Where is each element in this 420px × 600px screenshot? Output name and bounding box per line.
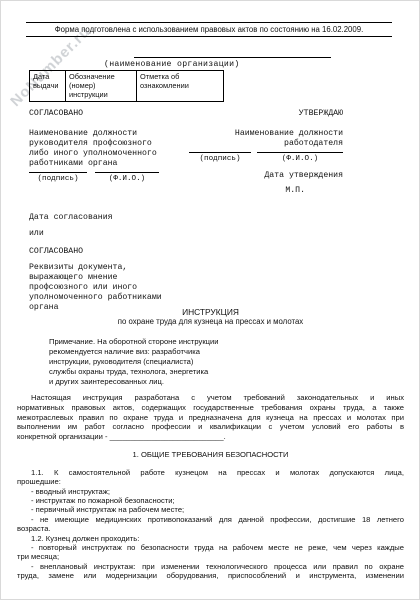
- approved-position-lines: Наименование должностиработодателя: [186, 129, 343, 149]
- body-line: - инструктаж по пожарной безопасности;: [17, 496, 404, 505]
- body-line: - внеплановый инструктаж: при изменении …: [17, 562, 404, 571]
- intro-line: Настоящая инструкция разработана с учето…: [17, 393, 404, 403]
- body-line: 1.1. К самостоятельной работе кузнецом н…: [17, 468, 404, 477]
- body-line: возраста.: [17, 524, 404, 533]
- intro-line: выполнении им работ согласно профессии и…: [17, 422, 404, 432]
- body-line: - вводный инструктаж;: [17, 487, 404, 496]
- approved-label: УТВЕРЖДАЮ: [186, 109, 343, 119]
- document-page: NoNumber.ru Форма подготовлена с использ…: [0, 0, 420, 600]
- approved-signature-row: (подпись) (Ф.И.О.): [186, 152, 343, 164]
- intro-paragraph: Настоящая инструкция разработана с учето…: [17, 393, 404, 442]
- or-label: или: [29, 229, 162, 239]
- approval-date-label: Дата утверждения: [186, 171, 343, 181]
- agreement-date-label: Дата согласования: [29, 213, 162, 223]
- agreed-position-lines: Наименование должностируководителя профс…: [29, 129, 181, 169]
- document-title: ИНСТРУКЦИЯ: [17, 307, 404, 317]
- name-line: (Ф.И.О.): [95, 172, 159, 184]
- name-line: (Ф.И.О.): [257, 152, 343, 164]
- intro-line: межотраслевых правил по охране труда и п…: [17, 413, 404, 423]
- body-line: - первичный инструктаж на рабочем месте;: [17, 505, 404, 514]
- stamp-place-label: М.П.: [186, 186, 343, 196]
- agreed-signature-row: (подпись) (Ф.И.О.): [29, 172, 181, 184]
- agreed-alt-block: Дата согласования или СОГЛАСОВАНО Реквиз…: [29, 213, 162, 313]
- intro-line: нормативных правовых актов, содержащих г…: [17, 403, 404, 413]
- agreed-label: СОГЛАСОВАНО: [29, 109, 181, 119]
- body-line: труда, замене или модернизации оборудова…: [17, 571, 404, 580]
- body-line: три месяца;: [17, 552, 404, 561]
- header-cell-acknowledgement: Отметка об ознакомлении: [137, 71, 224, 102]
- prepared-notice: Форма подготовлена с использованием прав…: [26, 22, 392, 37]
- requisites-lines: Реквизиты документа,выражающего мнениепр…: [29, 263, 162, 313]
- note-paragraph: Примечание. На оборотной стороне инструк…: [49, 337, 404, 387]
- body-line: 1.2. Кузнец должен проходить:: [17, 534, 404, 543]
- document-subtitle: по охране труда для кузнеца на прессах и…: [17, 317, 404, 327]
- organization-name-line: [134, 57, 331, 58]
- organization-name-caption: (наименование организации): [104, 60, 240, 70]
- table-row: Дата выдачи Обозначение (номер) инструкц…: [30, 71, 224, 102]
- registration-table: Дата выдачи Обозначение (номер) инструкц…: [29, 70, 224, 102]
- body-line: прошедшие:: [17, 477, 404, 486]
- header-cell-issue-date: Дата выдачи: [30, 71, 66, 102]
- body-line: - не имеющие медицинских противопоказани…: [17, 515, 404, 524]
- section-heading: 1. ОБЩИЕ ТРЕБОВАНИЯ БЕЗОПАСНОСТИ: [17, 450, 404, 460]
- agreed-label: СОГЛАСОВАНО: [29, 247, 162, 257]
- body-line: - повторный инструктаж по безопасности т…: [17, 543, 404, 552]
- document-body: ИНСТРУКЦИЯ по охране труда для кузнеца н…: [17, 307, 404, 581]
- section-text: 1.1. К самостоятельной работе кузнецом н…: [17, 468, 404, 581]
- signature-line: (подпись): [189, 152, 251, 164]
- approved-block: УТВЕРЖДАЮ Наименование должностиработода…: [186, 109, 343, 196]
- signature-line: (подпись): [29, 172, 87, 184]
- header-cell-instruction-number: Обозначение (номер) инструкции: [66, 71, 137, 102]
- agreed-block: СОГЛАСОВАНО Наименование должностируково…: [29, 109, 181, 184]
- intro-line: конкретной организации - _______________…: [17, 432, 404, 442]
